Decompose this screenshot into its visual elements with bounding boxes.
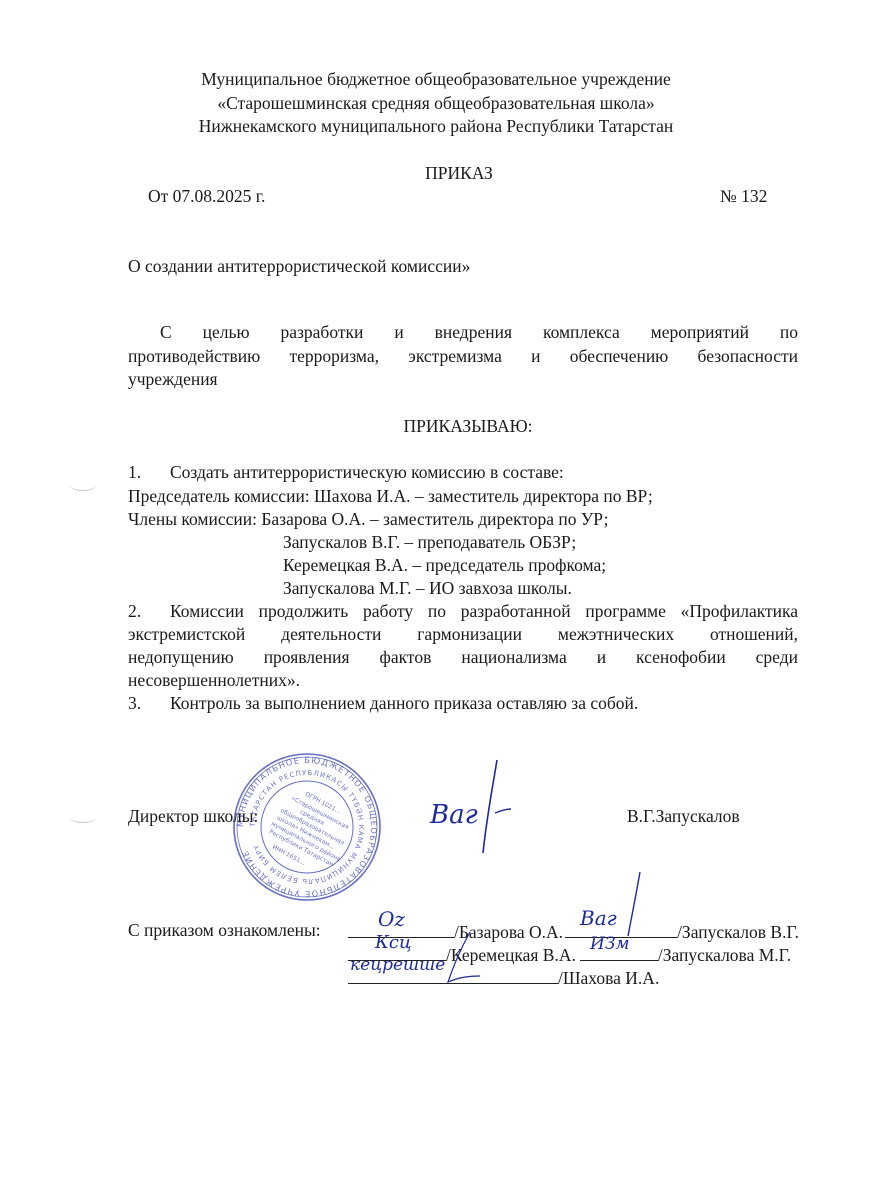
institution-name-line3: Нижнекамского муниципального района Респ… [0,116,872,137]
list-item-2: 2.Комиссии продолжить работу по разработ… [128,601,798,622]
ack-name: /Шахова И.А. [558,968,659,988]
order-date: От 07.08.2025 г. [148,186,265,207]
item-number: 3. [128,693,170,714]
decree-word: ПРИКАЗЫВАЮ: [0,416,872,437]
official-stamp: МУНИЦИПАЛЬНОЕ БЮДЖЕТНОЕ ОБЩЕОБРАЗОВАТЕЛЬ… [232,752,382,902]
order-number: № 132 [720,186,767,207]
signature-bazarova: Oz [378,907,405,931]
item-text: Создать антитеррористическую комиссию в … [170,462,564,482]
list-item-1: 1.Создать антитеррористическую комиссию … [128,462,564,483]
preamble-line2: противодействию терроризма, экстремизма … [128,346,798,367]
commission-chair: Председатель комиссии: Шахова И.А. – зам… [128,486,653,507]
director-name: В.Г.Запускалов [627,806,740,827]
signature-zapuskalova: ИЗм [590,934,630,954]
order-subject: О создании антитеррористической комиссии… [128,256,470,277]
ack-name: /Запускалова М.Г. [658,945,791,965]
document-title: ПРИКАЗ [0,163,872,184]
preamble-line1: С целью разработки и внедрения комплекса… [160,322,798,343]
item-number: 2. [128,601,170,622]
item-text: Комиссии продолжить работу по разработан… [170,601,798,621]
director-role: Директор школы: [128,806,258,827]
list-item-3: 3.Контроль за выполнением данного приказ… [128,693,638,714]
list-item-2-cont: экстремистской деятельности гармонизации… [128,624,798,645]
institution-name-line1: Муниципальное бюджетное общеобразователь… [0,69,872,90]
institution-name-line2: «Старошешминская средняя общеобразовател… [0,93,872,114]
signature-zapuskalov-stroke [600,870,660,940]
commission-members-label: Члены комиссии: Базарова О.А. – заместит… [128,509,609,530]
commission-member: Запускалов В.Г. – преподаватель ОБЗР; [283,532,576,553]
punch-hole-mark [70,480,96,491]
director-signature-scribble: Ваг [430,800,478,830]
commission-member: Керемецкая В.А. – председатель профкома; [283,555,606,576]
item-number: 1. [128,462,170,483]
item-text: Контроль за выполнением данного приказа … [170,693,638,713]
preamble-line3: учреждения [128,369,218,390]
signature-keremetskaya: Ксц [375,932,412,953]
ack-name: /Запускалов В.Г. [677,922,799,942]
ack-row-1: /Базарова О.А./Запускалов В.Г. [348,920,799,943]
punch-hole-mark [70,812,96,823]
commission-member: Запускалова М.Г. – ИО завхоза школы. [283,578,572,599]
signature-shakhova: кецрешше [350,955,445,975]
list-item-2-cont: недопущению проявления фактов национализ… [128,647,798,668]
acknowledged-label: С приказом ознакомлены: [128,920,321,941]
signature-shakhova-stroke [440,930,490,990]
list-item-2-cont: несовершеннолетних». [128,670,300,691]
